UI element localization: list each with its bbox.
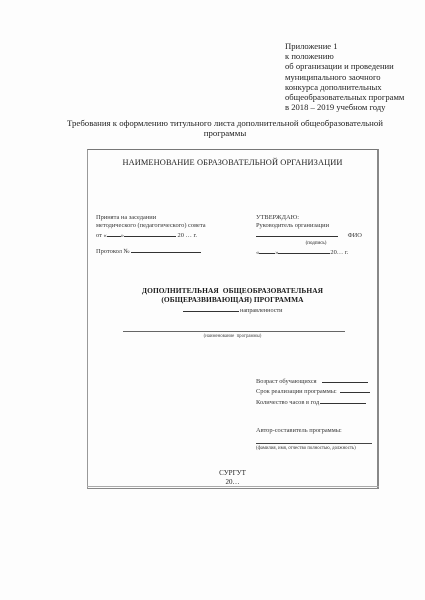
hours-label: Количество часов в год [256, 399, 319, 406]
signature-blank [256, 230, 338, 237]
age-blank [322, 376, 368, 383]
author-line [256, 443, 372, 444]
direction-blank [183, 305, 239, 312]
hours-blank [320, 397, 366, 404]
date-suffix: 20 … г. [176, 232, 197, 239]
hours-row: Количество часов в год [256, 397, 370, 407]
direction-line: направленности [88, 305, 377, 314]
term-row: Срок реализации программы: [256, 386, 370, 396]
appendix-line: общеобразовательных программ [285, 92, 404, 102]
accepted-council: методического (педагогического) совета [96, 222, 206, 230]
document-page: Приложение 1 к положению об организации … [0, 0, 425, 600]
city: СУРГУТ [88, 469, 377, 478]
appendix-line: об организации и проведении [285, 61, 404, 71]
approve-date: «»20… г. [256, 247, 362, 257]
appendix-line: муниципального заочного [285, 72, 404, 82]
day-blank [107, 230, 121, 237]
age-row: Возраст обучающихся [256, 376, 370, 386]
year: 20… [88, 478, 377, 487]
program-name-line [123, 331, 345, 332]
approve-role: Руководитель организации [256, 222, 362, 230]
month-blank [278, 247, 330, 254]
approve-title: УТВЕРЖДАЮ: [256, 214, 362, 222]
program-title-line: ДОПОЛНИТЕЛЬНАЯ ОБЩЕОБРАЗОВАТЕЛЬНАЯ [88, 286, 377, 295]
day-blank [259, 247, 275, 254]
requirements-title: Требования к оформлению титульного листа… [55, 118, 395, 139]
program-title: ДОПОЛНИТЕЛЬНАЯ ОБЩЕОБРАЗОВАТЕЛЬНАЯ (ОБЩЕ… [88, 286, 377, 304]
frame-bottom-line [87, 486, 379, 487]
fio-label: ФИО [348, 232, 362, 239]
protocol-blank [131, 246, 201, 253]
appendix-line: к положению [285, 51, 404, 61]
month-blank [124, 230, 176, 237]
city-year: СУРГУТ 20… [88, 469, 377, 486]
appendix-header: Приложение 1 к положению об организации … [285, 41, 404, 112]
appendix-line: в 2018 – 2019 учебном году [285, 102, 404, 112]
protocol-line: Протокол № [96, 246, 206, 256]
date-suffix: 20… г. [330, 249, 348, 256]
organization-name: НАИМЕНОВАНИЕ ОБРАЗОВАТЕЛЬНОЙ ОРГАНИЗАЦИИ [88, 158, 377, 167]
program-title-line: (ОБЩЕРАЗВИВАЮЩАЯ) ПРОГРАММА [88, 295, 377, 304]
author-block: Автор-составитель программы: (фамилия, и… [256, 427, 372, 452]
title-page-frame: НАИМЕНОВАНИЕ ОБРАЗОВАТЕЛЬНОЙ ОРГАНИЗАЦИИ… [87, 149, 379, 489]
direction-label: направленности [240, 307, 282, 314]
signature-line: ФИО [256, 230, 362, 240]
program-info-block: Возраст обучающихся Срок реализации прог… [256, 376, 370, 407]
approve-block: УТВЕРЖДАЮ: Руководитель организации ФИО … [256, 214, 362, 257]
appendix-line: конкурса дополнительных [285, 82, 404, 92]
age-label: Возраст обучающихся [256, 378, 317, 385]
author-caption: (фамилия, имя, отчество полностью, должн… [256, 446, 372, 452]
term-blank [340, 386, 370, 393]
term-label: Срок реализации программы: [256, 388, 337, 395]
appendix-line: Приложение 1 [285, 41, 404, 51]
accepted-block: Принята на заседании методического (педа… [96, 214, 206, 256]
protocol-label: Протокол № [96, 248, 130, 255]
date-prefix: от « [96, 232, 107, 239]
requirements-title-line: программы [55, 128, 395, 138]
accepted-date: от «» 20 … г. [96, 230, 206, 240]
program-name-caption: (наименование программы) [88, 334, 377, 339]
accepted-line: Принята на заседании [96, 214, 206, 222]
requirements-title-line: Требования к оформлению титульного листа… [55, 118, 395, 128]
author-label: Автор-составитель программы: [256, 427, 372, 435]
